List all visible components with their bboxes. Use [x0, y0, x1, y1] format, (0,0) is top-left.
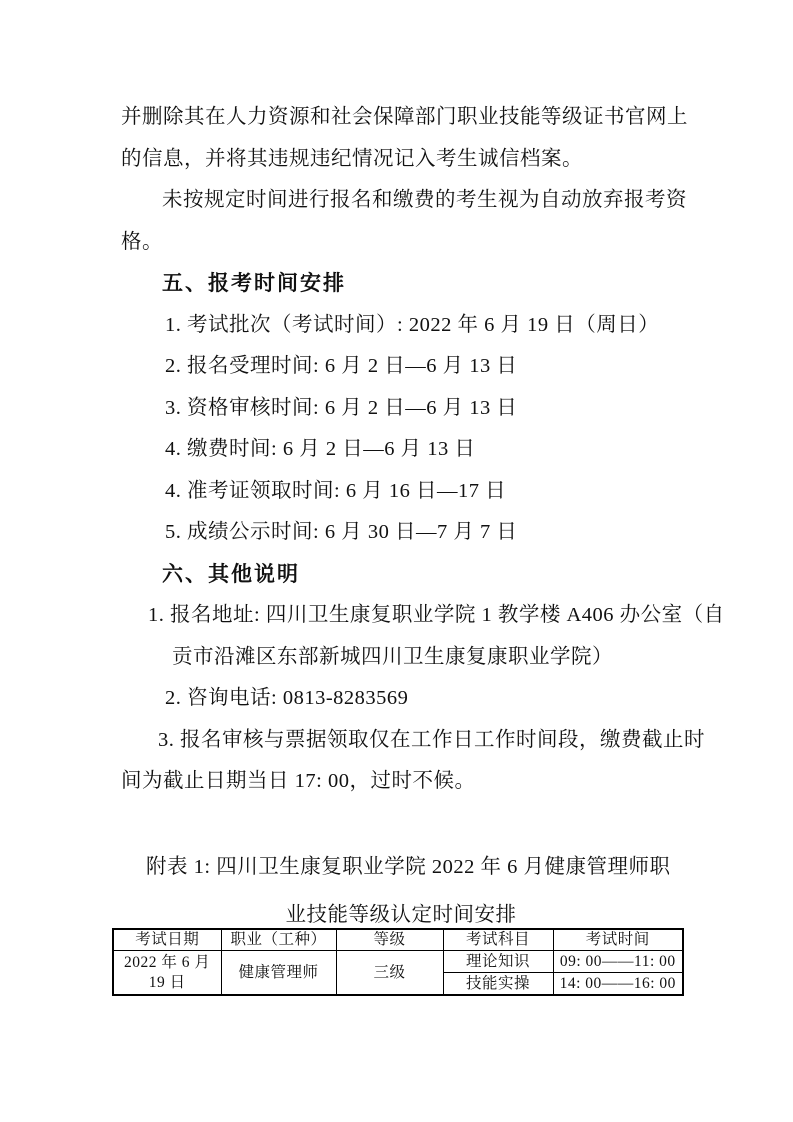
para-forfeit-line-1: 未按规定时间进行报名和缴费的考生视为自动放弃报考资: [121, 180, 681, 222]
exam-date-line-2: 19 日: [149, 974, 186, 991]
note-address-line-1: 1. 报名地址: 四川卫生康复职业学院 1 教学楼 A406 办公室（自: [121, 595, 681, 637]
appendix-title-line-1: 附表 1: 四川卫生康复职业学院 2022 年 6 月健康管理师职: [121, 843, 681, 891]
document-page: 并删除其在人力资源和社会保障部门职业技能等级证书官网上 的信息，并将其违规违纪情…: [0, 0, 793, 1122]
table-row-theory: 2022 年 6 月 19 日 健康管理师 三级 理论知识 09: 00——11…: [113, 951, 683, 973]
cell-subject-practical: 技能实操: [443, 973, 553, 996]
schedule-item-payment: 4. 缴费时间: 6 月 2 日—6 月 13 日: [121, 429, 681, 471]
schedule-item-registration: 2. 报名受理时间: 6 月 2 日—6 月 13 日: [121, 346, 681, 388]
cell-time-theory: 09: 00——11: 00: [553, 951, 683, 973]
schedule-item-qualification-review: 3. 资格审核时间: 6 月 2 日—6 月 13 日: [121, 388, 681, 430]
col-header-time: 考试时间: [553, 929, 683, 951]
cell-level: 三级: [336, 951, 443, 996]
cell-time-practical: 14: 00——16: 00: [553, 973, 683, 996]
para-delete-line-2: 的信息，并将其违规违纪情况记入考生诚信档案。: [121, 139, 681, 181]
note-deadline-line-2: 间为截止日期当日 17: 00，过时不候。: [121, 761, 681, 803]
schedule-item-score-publication: 5. 成绩公示时间: 6 月 30 日—7 月 7 日: [121, 512, 681, 554]
cell-exam-date: 2022 年 6 月 19 日: [113, 951, 221, 996]
schedule-item-exam-batch: 1. 考试批次（考试时间）: 2022 年 6 月 19 日（周日）: [121, 305, 681, 347]
document-body: 并删除其在人力资源和社会保障部门职业技能等级证书官网上 的信息，并将其违规违纪情…: [121, 97, 681, 803]
table-header-row: 考试日期 职业（工种） 等级 考试科目 考试时间: [113, 929, 683, 951]
note-deadline-line-1: 3. 报名审核与票据领取仅在工作日工作时间段，缴费截止时: [121, 720, 681, 762]
cell-subject-theory: 理论知识: [443, 951, 553, 973]
col-header-exam-date: 考试日期: [113, 929, 221, 951]
schedule-item-admission-ticket: 4. 准考证领取时间: 6 月 16 日—17 日: [121, 471, 681, 513]
para-delete-line-1: 并删除其在人力资源和社会保障部门职业技能等级证书官网上: [121, 97, 681, 139]
col-header-subject: 考试科目: [443, 929, 553, 951]
col-header-level: 等级: [336, 929, 443, 951]
appendix-title: 附表 1: 四川卫生康复职业学院 2022 年 6 月健康管理师职 业技能等级认…: [121, 843, 681, 939]
exam-schedule-table: 考试日期 职业（工种） 等级 考试科目 考试时间 2022 年 6 月 19 日…: [112, 928, 684, 996]
section-5-heading: 五、报考时间安排: [121, 263, 681, 305]
para-forfeit-line-2: 格。: [121, 222, 681, 264]
cell-occupation: 健康管理师: [221, 951, 336, 996]
col-header-occupation: 职业（工种）: [221, 929, 336, 951]
note-phone: 2. 咨询电话: 0813-8283569: [121, 678, 681, 720]
note-address-line-2: 贡市沿滩区东部新城四川卫生康复康职业学院）: [121, 637, 681, 679]
section-6-heading: 六、其他说明: [121, 554, 681, 596]
exam-date-line-1: 2022 年 6 月: [124, 954, 210, 971]
